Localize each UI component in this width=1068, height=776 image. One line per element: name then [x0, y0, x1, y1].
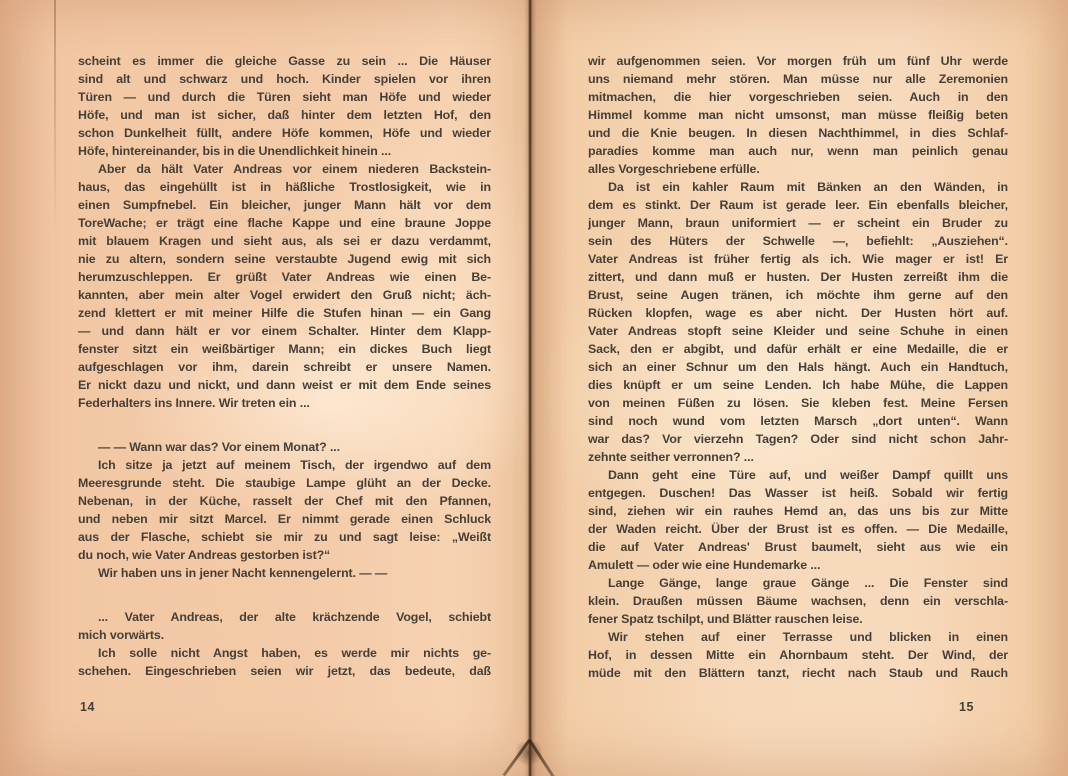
- text-line: schon Dunkelheit füllt, andere Höfe komm…: [78, 124, 491, 142]
- text-line: wir aufgenommen seien. Vor morgen früh u…: [588, 52, 1008, 70]
- text-line: schehen. Eingeschrieben seien wir jetzt,…: [78, 662, 491, 680]
- text-line: einen Sumpfnebel. Ein bleicher, junger M…: [78, 196, 491, 214]
- text-line: von meinen Füßen zu lösen. Sie kleben fe…: [588, 394, 1008, 412]
- text-line: dies knüpft er um seine Lenden. Ich habe…: [588, 376, 1008, 394]
- gutter-seam: [524, 0, 536, 776]
- text-line: Türen — und durch die Türen sieht man Hö…: [78, 88, 491, 106]
- text-line: klein. Draußen müssen Bäume wachsen, den…: [588, 592, 1008, 610]
- text-line: der Waden reicht. Über der Brust ist es …: [588, 520, 1008, 538]
- text-line: scheint es immer die gleiche Gasse zu se…: [78, 52, 491, 70]
- page-number-right: 15: [959, 700, 974, 714]
- text-line: Dann geht eine Türe auf, und weißer Damp…: [588, 466, 1008, 484]
- text-line: sein des Hüters der Schwelle —, befiehlt…: [588, 232, 1008, 250]
- text-line: Meeresgrunde steht. Die staubige Lampe g…: [78, 474, 491, 492]
- paragraph: ... Vater Andreas, der alte krächzende V…: [78, 608, 491, 644]
- text-line: herumzuschleppen. Er grüßt Vater Andreas…: [78, 268, 491, 286]
- text-line: Sack, den er abgibt, und dafür erhält er…: [588, 340, 1008, 358]
- paragraph: — — Wann war das? Vor einem Monat? ...: [78, 438, 491, 456]
- page-left: scheint es immer die gleiche Gasse zu se…: [0, 0, 531, 776]
- text-line: fenster sitzt ein weißbärtiger Mann; ein…: [78, 340, 491, 358]
- text-line: Vater Andreas ist früher fertig als ich.…: [588, 250, 1008, 268]
- text-line: fener Spatz tschilpt, und Blätter rausch…: [588, 610, 1008, 628]
- page-edge-crease: [54, 0, 56, 235]
- text-line: haus, das eingehüllt ist in häßliche Tro…: [78, 178, 491, 196]
- text-line: die auf Vater Andreas' Brust baumelt, si…: [588, 538, 1008, 556]
- text-line: Brust, seine Augen tränen, ich möchte ih…: [588, 286, 1008, 304]
- text-line: Vater Andreas stopft seine Kleider und s…: [588, 322, 1008, 340]
- text-line: sind, ziehen wir ein rauhes Hemd an, das…: [588, 502, 1008, 520]
- text-line: junger Mann, braun uniformiert — er sche…: [588, 214, 1008, 232]
- text-line: Da ist ein kahler Raum mit Bänken an den…: [588, 178, 1008, 196]
- paragraph: Ich solle nicht Angst haben, es werde mi…: [78, 644, 491, 680]
- text-line: Hof, in dessen Mitte ein Ahornbaum steht…: [588, 646, 1008, 664]
- text-line: zittert, und dann muß er husten. Der Hus…: [588, 268, 1008, 286]
- paragraph: Aber da hält Vater Andreas vor einem nie…: [78, 160, 491, 412]
- text-line: mit blauem Kragen und sieht aus, als sei…: [78, 232, 491, 250]
- text-line: Amulett — oder wie eine Hundemarke ...: [588, 556, 1008, 574]
- text-line: sind alt und schwarz und hoch. Kinder sp…: [78, 70, 491, 88]
- paragraph: Da ist ein kahler Raum mit Bänken an den…: [588, 178, 1008, 466]
- text-line: und neben mir sitzt Marcel. Er nimmt ger…: [78, 510, 491, 528]
- text-line: ... Vater Andreas, der alte krächzende V…: [78, 608, 491, 626]
- text-line: Er nickt dazu und nickt, und dann weist …: [78, 376, 491, 394]
- page-right: wir aufgenommen seien. Vor morgen früh u…: [531, 0, 1068, 776]
- text-line: und die Knie beugen. In diesen Nachthimm…: [588, 124, 1008, 142]
- text-line: uns niemand mehr stören. Man müsse nur a…: [588, 70, 1008, 88]
- text-line: Rücken klopfen, wage es aber nicht. Der …: [588, 304, 1008, 322]
- text-line: Wir stehen auf einer Terrasse und blicke…: [588, 628, 1008, 646]
- text-line: müde mit den Blättern tanzt, riecht nach…: [588, 664, 1008, 682]
- text-line: Federhalters ins Innere. Wir treten ein …: [78, 394, 491, 412]
- text-line: Ich sitze ja jetzt auf meinem Tisch, der…: [78, 456, 491, 474]
- text-line: mitmachen, die hier vorgeschrieben seien…: [588, 88, 1008, 106]
- text-line: ToreWache; er trägt eine flache Kappe un…: [78, 214, 491, 232]
- paragraph: Ich sitze ja jetzt auf meinem Tisch, der…: [78, 456, 491, 564]
- paragraph: Lange Gänge, lange graue Gänge ... Die F…: [588, 574, 1008, 628]
- text-line: — — Wann war das? Vor einem Monat? ...: [78, 438, 491, 456]
- text-line: sich an einer Schnur um den Hals hängt. …: [588, 358, 1008, 376]
- book-photo: { "colors": { "ink": "#463f38", "paper_l…: [0, 0, 1068, 776]
- text-line: aus der Flasche, schiebt sie mir zu und …: [78, 528, 491, 546]
- text-line: kannten, aber mein alter Vogel erwidert …: [78, 286, 491, 304]
- text-line: Lange Gänge, lange graue Gänge ... Die F…: [588, 574, 1008, 592]
- text-line: Himmel komme man nicht umsonst, man müss…: [588, 106, 1008, 124]
- paragraph: Wir haben uns in jener Nacht kennengeler…: [78, 564, 491, 582]
- text-line: Wir haben uns in jener Nacht kennengeler…: [78, 564, 491, 582]
- paragraph: Dann geht eine Türe auf, und weißer Damp…: [588, 466, 1008, 574]
- text-line: paradies komme man auch nur, wenn man pe…: [588, 142, 1008, 160]
- text-line: dem es stinkt. Der Raum ist gerade leer.…: [588, 196, 1008, 214]
- text-line: Aber da hält Vater Andreas vor einem nie…: [78, 160, 491, 178]
- text-line: war das? Vor vierzehn Tagen? Oder sind n…: [588, 430, 1008, 448]
- page-right-textblock: wir aufgenommen seien. Vor morgen früh u…: [588, 52, 1008, 682]
- text-line: Nebenan, in der Küche, rasselt der Chef …: [78, 492, 491, 510]
- paragraph: scheint es immer die gleiche Gasse zu se…: [78, 52, 491, 160]
- text-line: Höfe, hintereinander, bis in die Unendli…: [78, 142, 491, 160]
- paragraph: wir aufgenommen seien. Vor morgen früh u…: [588, 52, 1008, 178]
- page-number-left: 14: [80, 700, 95, 714]
- text-line: alles Vorgeschriebene erfülle.: [588, 160, 1008, 178]
- text-line: Ich solle nicht Angst haben, es werde mi…: [78, 644, 491, 662]
- text-line: entgegen. Duschen! Das Wasser ist heiß. …: [588, 484, 1008, 502]
- paragraph: Wir stehen auf einer Terrasse und blicke…: [588, 628, 1008, 682]
- text-line: zend klettert er mit meiner Hilfe die St…: [78, 304, 491, 322]
- text-line: zehnte seither verronnen? ...: [588, 448, 1008, 466]
- text-line: mich vorwärts.: [78, 626, 491, 644]
- page-left-textblock: scheint es immer die gleiche Gasse zu se…: [78, 52, 491, 680]
- text-line: aufgeschlagen vor ihm, darein schreibt e…: [78, 358, 491, 376]
- text-line: — und dann hält er vor einem Schalter. H…: [78, 322, 491, 340]
- text-line: Höfe, und man ist sicher, daß hinter dem…: [78, 106, 491, 124]
- text-line: sind noch wund vom letzten Marsch „dort …: [588, 412, 1008, 430]
- text-line: du noch, wie Vater Andreas gestorben ist…: [78, 546, 491, 564]
- text-line: nie zu altern, sondern seine verstaubte …: [78, 250, 491, 268]
